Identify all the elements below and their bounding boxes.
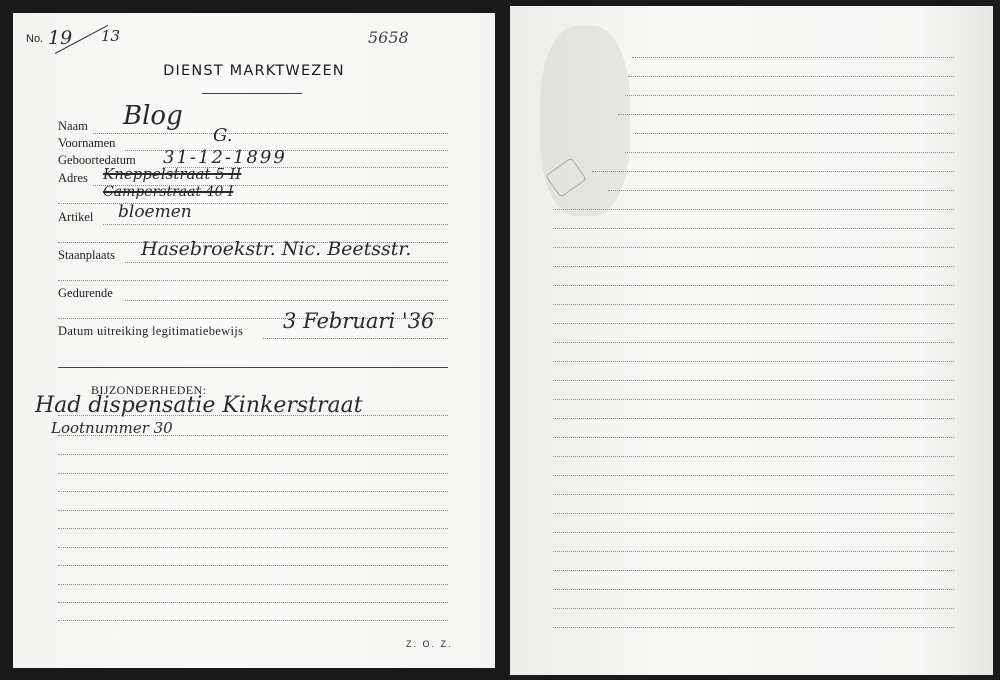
rule — [553, 342, 954, 343]
title-underline — [202, 93, 302, 94]
rule — [58, 565, 448, 566]
rule — [608, 190, 954, 191]
rule — [553, 361, 954, 362]
field-label-naam: Naam — [58, 119, 88, 134]
number-value: 13 — [101, 27, 120, 45]
field-value-staanplaats: Hasebroekstr. Nic. Beetsstr. — [141, 238, 411, 260]
number-label: No. — [26, 33, 43, 45]
archive-number: 5658 — [368, 28, 409, 47]
field-value-datum-uitreiking: 3 Februari '36 — [283, 309, 434, 333]
field-label-gedurende: Gedurende — [58, 286, 113, 301]
card-title: DIENST MARKTWEZEN — [13, 63, 495, 79]
rule — [625, 95, 954, 96]
rule — [553, 418, 954, 419]
card-back — [510, 6, 993, 675]
field-value-naam: Blog — [123, 101, 183, 131]
section-divider — [58, 367, 448, 368]
rule — [125, 300, 448, 301]
rule — [58, 491, 448, 492]
field-label-adres: Adres — [58, 171, 88, 186]
rule — [58, 510, 448, 511]
rule — [58, 203, 448, 204]
field-label-voornamen: Voornamen — [58, 136, 115, 151]
rule — [618, 114, 954, 115]
rule — [553, 627, 954, 628]
rule — [58, 454, 448, 455]
rule — [553, 551, 954, 552]
rule — [553, 589, 954, 590]
field-label-artikel: Artikel — [58, 210, 93, 225]
rule — [553, 323, 954, 324]
field-value-artikel: bloemen — [118, 202, 192, 222]
rule — [553, 475, 954, 476]
rule — [58, 602, 448, 603]
rule — [58, 415, 448, 416]
rule — [58, 528, 448, 529]
rule — [58, 473, 448, 474]
rule — [553, 266, 954, 267]
footer-zoz: Z. O. Z. — [406, 639, 453, 649]
rule — [553, 608, 954, 609]
rule — [625, 152, 954, 153]
rule — [58, 584, 448, 585]
rule — [263, 338, 448, 339]
rule — [125, 262, 448, 263]
rule — [553, 437, 954, 438]
rule — [553, 380, 954, 381]
field-value-voornamen: G. — [213, 125, 232, 146]
rule — [553, 456, 954, 457]
rule — [553, 209, 954, 210]
rule — [58, 620, 448, 621]
rule — [553, 570, 954, 571]
field-value-adres-struck: Kneppelstraat 5 II — [103, 165, 241, 183]
card-front: No. 19 13 5658 DIENST MARKTWEZEN Naam Bl… — [13, 13, 495, 668]
rule — [553, 494, 954, 495]
rule — [592, 171, 954, 172]
rule — [628, 76, 954, 77]
rule — [58, 547, 448, 548]
rule — [553, 532, 954, 533]
rule — [632, 57, 954, 58]
rule — [103, 224, 448, 225]
rule — [553, 304, 954, 305]
rule — [635, 133, 954, 134]
field-label-datum-uitreiking: Datum uitreiking legitimatiebewijs — [58, 324, 243, 339]
field-label-staanplaats: Staanplaats — [58, 248, 115, 263]
rule — [553, 285, 954, 286]
rule — [93, 133, 448, 134]
rule — [58, 280, 448, 281]
rule — [553, 399, 954, 400]
rule — [553, 228, 954, 229]
rule — [58, 435, 448, 436]
rule — [553, 513, 954, 514]
field-value-adres2-struck: Camperstraat 40 I — [103, 184, 233, 200]
rule — [553, 247, 954, 248]
